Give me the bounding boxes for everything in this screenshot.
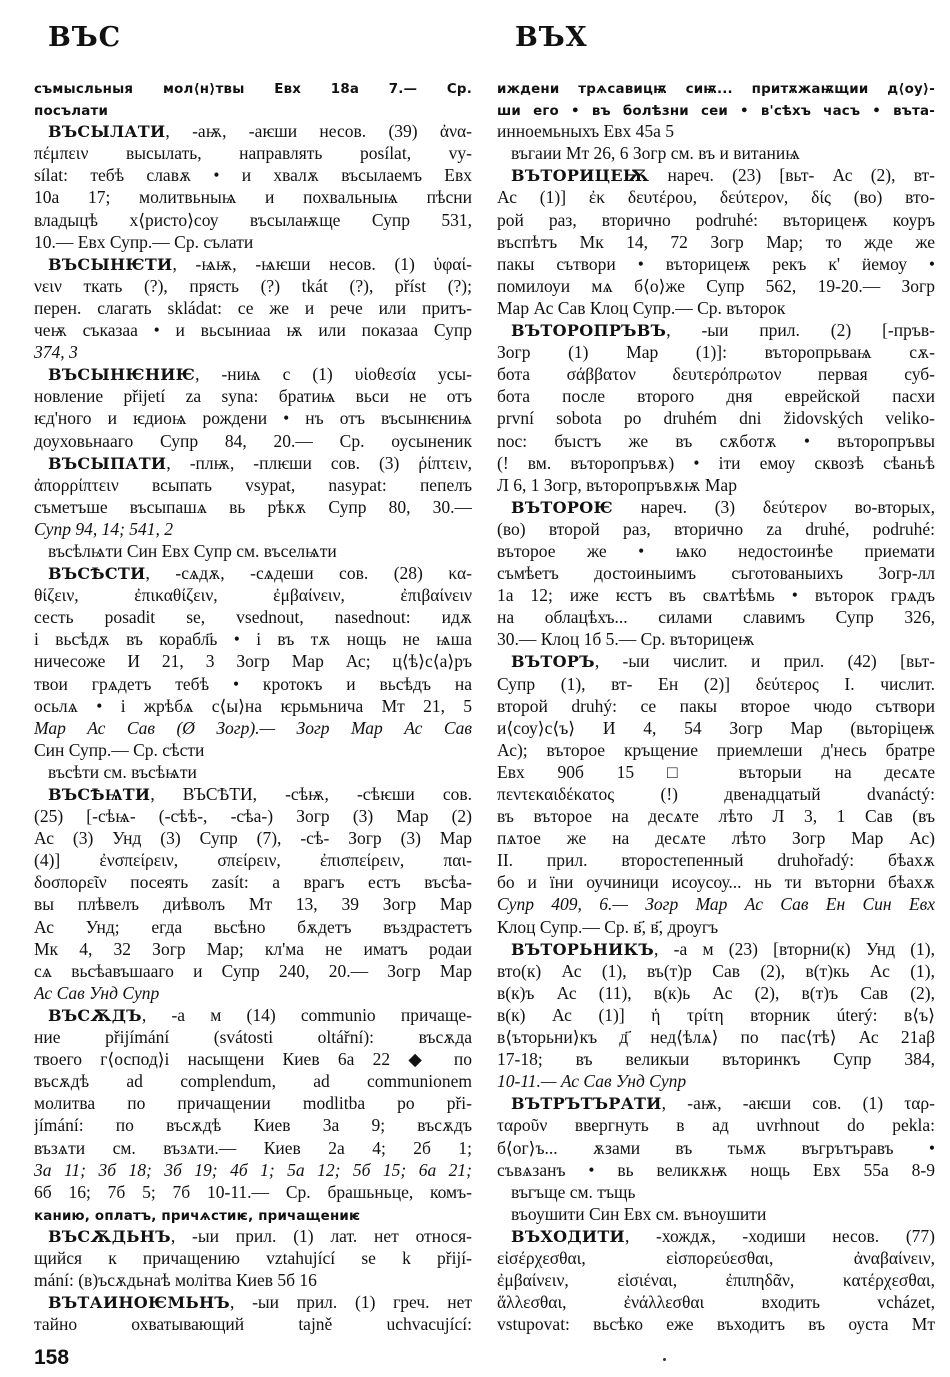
entry-body-text: ничесоже И 21, 3 Зогр Мар Ас; ц⟨ѣ⟩с⟨а⟩ръ xyxy=(34,651,472,671)
entry-text-line: 1а 12; иже ѥстъ въ свѧтѣѣмь • въторок гр… xyxy=(497,584,935,606)
entry-body-text: і вьсѣдѫ въ корабл҃ь • і въ тѫ нощь не ѩ… xyxy=(34,629,472,649)
entry-body-text: твои грѧдетъ тебѣ • кротокъ и вьсѣдъ на xyxy=(34,674,472,694)
entry-body-text: съвѧзанъ • вь великѫѭ нощь Евх 55а 8-9 xyxy=(497,1160,935,1180)
entry-body-text: въоушити Син Евх см. въноушити xyxy=(511,1204,766,1224)
entry-headword-line: ВЪСЫНѤНИѤ, -ниѩ с (1) υἱοθεσία усы- xyxy=(34,363,472,385)
entry-text-line: πέμπειν высылать, направлять posílat, vy… xyxy=(34,142,472,164)
entry-text-line: Ас (3) Унд (3) Супр (7), -сѣ- Зогр (3) М… xyxy=(34,827,472,849)
entry-body-text: рой раз, вторично podruhé: въторицеѭ коу… xyxy=(497,210,935,230)
entry-text-line: въсѫдѣ ad complendum, ad communionem xyxy=(34,1070,472,1092)
entry-body-text: , -аѭ, -аѥши несов. (39) ἀνα- xyxy=(165,121,472,141)
entry-text-line: бота σάββατον δευτερόπρωτον первая суб- xyxy=(497,363,935,385)
entry-text-line: první sobota po druhém dni židovských ve… xyxy=(497,407,935,429)
entry-body-text: въсѫдѣ ad complendum, ad communionem xyxy=(34,1071,472,1091)
entry-text-line: θίζειν, ἐπικαθίζειν, ἐμβαίνειν, ἐπιβαίνε… xyxy=(34,584,472,606)
entry-body-text: sílat: тебѣ славѫ • и хвалѫ въсылаемъ Ев… xyxy=(34,165,472,185)
entry-body-text: инноемьныхъ Евх 45а 5 xyxy=(497,121,674,141)
entry-text-line: Супр (1), вт- Ен (2)] δεύτερος I. числит… xyxy=(497,673,935,695)
entry-body-text: въ въторое на десѧте лѣто Л 3, 1 Сав (въ xyxy=(497,806,935,826)
entry-body-text: ταροῦν ввергнуть в ад uvrhnout do pekla: xyxy=(497,1115,935,1135)
entry-text-line: Мк 4, 32 Зогр Мар; кл'ма не иматъ родаи xyxy=(34,938,472,960)
entry-headword-line: ВЪТОРОПРЪВЪ, -ыи прил. (2) [-пръв- xyxy=(497,319,935,341)
entry-text-line: і вьсѣдѫ въ корабл҃ь • і въ тѫ нощь не ѩ… xyxy=(34,628,472,650)
entry-text-line: съмысльныя мол⟨н⟩твы Евх 18а 7.— Ср. xyxy=(34,76,472,98)
entry-body-text: щийся к причащению vztahující se k přijí… xyxy=(34,1248,472,1268)
entry-text-line: noc: бъıстъ же въ сѫботѫ • въторопръвы xyxy=(497,430,935,452)
entry-text-line: ἅλλεσθαι, ἐνάλλεσθαι входить vcházet, xyxy=(497,1291,935,1313)
entry-text-line: въсѣти см. въсѣѩти xyxy=(34,761,472,783)
headword: ВЪСЫНѤТИ xyxy=(48,255,172,274)
entry-text-line: съвѧзанъ • вь великѫѭ нощь Евх 55а 8-9 xyxy=(497,1159,935,1181)
entry-body-text: доуховьнааго Супр 84, 20.— Ср. оусыненик xyxy=(34,431,472,451)
entry-text-line: Евх 90б 15 □ въторыи на десѧте xyxy=(497,761,935,783)
entry-body-text: канию, оплатъ, причѧстиѥ, причащениѥ xyxy=(34,1209,360,1224)
entry-body-text: (4)] ἐνσπείρειν, σπείρειν, ἐπισπείρειν, … xyxy=(34,850,472,870)
entry-text-line: Супр 409, 6.— Зогр Мар Ас Сав Ен Син Евх xyxy=(497,893,935,915)
entry-text-line: 10.— Евх Супр.— Ср. сълати xyxy=(34,231,472,253)
entry-text-line: посълати xyxy=(34,98,472,120)
entry-body-text: 10-11.— Ас Сав Унд Супр xyxy=(497,1071,686,1091)
entry-headword-line: ВЪСѢСТИ, -сѧдѫ, -сѧдеши сов. (28) κα- xyxy=(34,562,472,584)
entry-body-text: , -а м (14) communio причаще- xyxy=(142,1005,472,1025)
entry-text-line: инноемьныхъ Евх 45а 5 xyxy=(497,120,935,142)
headword: ВЪХОДИТИ xyxy=(511,1227,625,1246)
entry-body-text: и⟨соу⟩с⟨ъ⟩ И 4, 54 Зогр Мар (вьторіцеѭ xyxy=(497,718,935,738)
entry-body-text: бота σάββατον δευτερόπρωτον первая суб- xyxy=(497,364,935,384)
entry-text-line: и⟨соу⟩с⟨ъ⟩ И 4, 54 Зогр Мар (вьторіцеѭ xyxy=(497,717,935,739)
entry-text-line: въ въторое на десѧте лѣто Л 3, 1 Сав (въ xyxy=(497,805,935,827)
entry-body-text: ἀπορρίπτειν всыпать vsypat, nasypat: пеп… xyxy=(34,475,472,495)
entry-body-text: възѧти см. възѧти.— Киев 2а 4; 2б 1; xyxy=(34,1138,472,1158)
entry-text-line: (25) [-сѣѩ- (-сѣѣ-, -сѣа-) Зогр (3) Мар … xyxy=(34,805,472,827)
entry-text-line: вто(к) Ас (1), въ(т)р Сав (2), в(т)кь Ас… xyxy=(497,960,935,982)
entry-text-line: Супр 94, 14; 541, 2 xyxy=(34,518,472,540)
entry-text-line: Зогр (1) Мар (1)]: въторопрьваѩ сѫ- xyxy=(497,341,935,363)
entry-text-line: молитва по причащении modlitba po při- xyxy=(34,1092,472,1114)
entry-text-line: εἰσέρχεσθαι, εἰσπορεύεσθαι, ἀναβαίνειν, xyxy=(497,1247,935,1269)
entry-text-line: осьлѧ • і жрѣбѧ с⟨ы⟩на ѥрьмьнича Мт 21, … xyxy=(34,695,472,717)
entry-text-line: сесть posadit se, vsednout, nasednout: и… xyxy=(34,606,472,628)
entry-text-line: възѧти см. възѧти.— Киев 2а 4; 2б 1; xyxy=(34,1137,472,1159)
entry-text-line: ние přijímání (svátosti oltářní): въсѫда xyxy=(34,1026,472,1048)
entry-text-line: второй druhý: се пакы второе чюдо сътвор… xyxy=(497,695,935,717)
entry-body-text: въсѣти см. въсѣѩти xyxy=(48,762,197,782)
entry-body-text: Ас (3) Унд (3) Супр (7), -сѣ- Зогр (3) М… xyxy=(34,828,472,848)
entry-body-text: 6б 16; 7б 5; 7б 10-11.— Ср. брашьньце, к… xyxy=(34,1182,472,1202)
entry-body-text: сесть posadit se, vsednout, nasednout: и… xyxy=(34,607,472,627)
entry-text-line: вы плѣвелъ диѣволъ Мт 13, 39 Зогр Мар xyxy=(34,893,472,915)
entry-text-line: въоушити Син Евх см. въноушити xyxy=(497,1203,935,1225)
print-speck xyxy=(663,1358,666,1361)
headword: ВЪТРЪТЪРАТИ xyxy=(511,1094,662,1113)
entry-body-text: съмысльныя мол⟨н⟩твы Евх 18а 7.— Ср. xyxy=(34,82,472,97)
entry-body-text: první sobota po druhém dni židovských ve… xyxy=(497,408,935,428)
entry-body-text: , -ниѩ с (1) υἱοθεσία усы- xyxy=(195,364,472,384)
entry-text-line: Син Супр.— Ср. сѣсти xyxy=(34,739,472,761)
entry-body-text: 3а 11; 3б 18; 3б 19; 4б 1; 5а 12; 5б 15;… xyxy=(34,1160,472,1180)
headword: ВЪСѢѨТИ xyxy=(48,785,150,804)
entry-body-text: Супр 94, 14; 541, 2 xyxy=(34,519,173,539)
entry-body-text: в⟨ъторьни⟩къ д҃ нед⟨ѣлѧ⟩ по пас⟨тѣ⟩ Ас 2… xyxy=(497,1027,935,1047)
entry-body-text: иждени трѧсавицѭ сиѭ... притѫжаѭщии д⟨оу… xyxy=(497,82,935,97)
entry-body-text: ние přijímání (svátosti oltářní): въсѫда xyxy=(34,1027,472,1047)
entry-body-text: Клоц Супр.— Ср. в҃, в҃, дроугъ xyxy=(497,917,718,937)
entry-text-line: тайно охватывающий tajně uchvacující: xyxy=(34,1313,472,1335)
entry-body-text: на облацѣхъ... силами славимъ Супр 326, xyxy=(497,607,935,627)
entry-text-line: (4)] ἐνσπείρειν, σπείρειν, ἐπισπείρειν, … xyxy=(34,849,472,871)
entry-body-text: Мар Ас Сав Клоц Супр.— Ср. въторок xyxy=(497,298,785,318)
entry-body-text: въгаии Мт 26, 6 Зогр см. въ и витаниѩ xyxy=(511,143,800,163)
entry-headword-line: ВЪСЫНѤТИ, -ѩѭ, -ѩѥши несов. (1) ὑφαί- xyxy=(34,253,472,275)
entry-text-line: Л 6, 1 Зогр, въторопръвѫѭ Мар xyxy=(497,474,935,496)
entry-body-text: в(к) Ас (1)] ἡ τρίτη вторник úterý: в⟨ъ⟩ xyxy=(497,1005,935,1025)
entry-body-text: 17-18; въ великыи въторинкъ Супр 384, xyxy=(497,1049,935,1069)
entry-body-text: , ВЪСѢТИ, -сѣѭ, -сѣѥши сов. xyxy=(150,784,472,804)
entry-body-text: въспѣтъ Мк 14, 72 Зогр Мар; то жде же xyxy=(497,232,935,252)
entry-body-text: чеѭ съказаа • и вьсыниаа ѭ или показаа С… xyxy=(34,320,472,340)
entry-body-text: , -аѭ, -аѥши сов. (1) ταρ- xyxy=(662,1093,935,1113)
headword: ВЪСЫПАТИ xyxy=(48,454,166,473)
entry-text-line: ѥд'ного и ѥдиоѩ рождени • нъ отъ въсынѥн… xyxy=(34,407,472,429)
entry-body-text: ши его • въ болѣзни сеи • в'сѣхъ часъ • … xyxy=(497,104,935,119)
entry-body-text: пѧтое же на десѧте лѣто Зогр Мар Ас) xyxy=(497,828,935,848)
entry-body-text: нареч. (23) [вьт- Ас (2), вт- xyxy=(649,165,935,185)
entry-headword-line: ВЪТОРЪ, -ыи числит. и прил. (42) [вьт- xyxy=(497,650,935,672)
entry-headword-line: ВЪСѪДЬНЪ, -ыи прил. (1) лат. нет относя- xyxy=(34,1225,472,1247)
entry-body-text: 10.— Евх Супр.— Ср. сълати xyxy=(34,232,253,252)
headword: ВЪТОРЬНИКЪ xyxy=(511,940,654,959)
entry-body-text: , -плѭ, -плѥши сов. (3) ῥίπτειν, xyxy=(166,453,472,473)
entry-body-text: въгъще см. тъщь xyxy=(511,1182,635,1202)
entry-text-line: въспѣтъ Мк 14, 72 Зогр Мар; то жде же xyxy=(497,231,935,253)
entry-body-text: , -ыи прил. (2) [-пръв- xyxy=(666,320,935,340)
entry-text-line: Ас Сав Унд Супр xyxy=(34,982,472,1004)
entry-body-text: вы плѣвелъ диѣволъ Мт 13, 39 Зогр Мар xyxy=(34,894,472,914)
headword: ВЪСѪДЪ xyxy=(48,1006,142,1025)
entry-text-line: въгаии Мт 26, 6 Зогр см. въ и витаниѩ xyxy=(497,142,935,164)
entry-headword-line: ВЪТОРОѤ нареч. (3) δεύτερον во-вторых, xyxy=(497,496,935,518)
headword: ВЪСЫНѤНИѤ xyxy=(48,365,195,384)
entry-body-text: Мар Ас Сав (Ø Зогр).— Зогр Мар Ас Сав xyxy=(34,718,472,738)
entry-headword-line: ВЪТРЪТЪРАТИ, -аѭ, -аѥши сов. (1) ταρ- xyxy=(497,1092,935,1114)
entry-body-text: Евх 90б 15 □ въторыи на десѧте xyxy=(497,762,935,782)
entry-headword-line: ВЪСѪДЪ, -а м (14) communio причаще- xyxy=(34,1004,472,1026)
entry-text-line: бо и їни оучиници исоусоу... нь ти вътор… xyxy=(497,871,935,893)
entry-text-line: твоего г⟨оспод⟩і насыщени Киев 6а 22 ◆ п… xyxy=(34,1048,472,1070)
entry-text-line: съмѣетъ достоиныимъ съготованыихъ Зогр-л… xyxy=(497,562,935,584)
entry-body-text: 374, 3 xyxy=(34,342,78,362)
entry-text-line: 6б 16; 7б 5; 7б 10-11.— Ср. брашьньце, к… xyxy=(34,1181,472,1203)
entry-headword-line: ВЪСЫПАТИ, -плѭ, -плѥши сов. (3) ῥίπτειν, xyxy=(34,452,472,474)
entry-body-text: , -сѧдѫ, -сѧдеши сов. (28) κα- xyxy=(146,563,472,583)
entry-body-text: θίζειν, ἐπικαθίζειν, ἐμβαίνειν, ἐπιβαίνε… xyxy=(34,585,472,605)
entry-body-text: твоего г⟨оспод⟩і насыщени Киев 6а 22 ◆ п… xyxy=(34,1049,472,1069)
entry-body-text: jímání: по въсѫдѣ Киев 3а 9; въсѫдъ xyxy=(34,1115,472,1135)
entry-body-text: , -ыи прил. (1) греч. нет xyxy=(230,1292,472,1312)
headword: ВЪСѪДЬНЪ xyxy=(48,1227,171,1246)
headword: ВЪТОРОѤ xyxy=(511,498,613,517)
headword: ВЪТОРЪ xyxy=(511,652,595,671)
entry-body-text: (во) второй раз, вторично za druhé, podr… xyxy=(497,519,935,539)
entry-body-text: II. прил. второстепенный druhořadý: бѣах… xyxy=(497,850,935,870)
entry-body-text: Зогр (1) Мар (1)]: въторопрьваѩ сѫ- xyxy=(497,342,935,362)
entry-headword-line: ВЪХОДИТИ, -хождѫ, -ходиши несов. (77) xyxy=(497,1225,935,1247)
entry-text-line: ἀπορρίπτειν всыпать vsypat, nasypat: пеп… xyxy=(34,474,472,496)
left-column: съмысльныя мол⟨н⟩твы Евх 18а 7.— Ср.посъ… xyxy=(34,76,472,1335)
entry-text-line: ταροῦν ввергнуть в ад uvrhnout do pekla: xyxy=(497,1114,935,1136)
entry-body-text: Л 6, 1 Зогр, въторопръвѫѭ Мар xyxy=(497,475,737,495)
entry-body-text: Син Супр.— Ср. сѣсти xyxy=(34,740,204,760)
entry-body-text: въсѣлѩти Син Евх Супр см. въселѩти xyxy=(48,541,337,561)
entry-text-line: в⟨ъторьни⟩къ д҃ нед⟨ѣлѧ⟩ по пас⟨тѣ⟩ Ас 2… xyxy=(497,1026,935,1048)
entry-text-line: 374, 3 xyxy=(34,341,472,363)
entry-text-line: ши его • въ болѣзни сеи • в'сѣхъ часъ • … xyxy=(497,98,935,120)
entry-body-text: , -ѩѭ, -ѩѥши несов. (1) ὑφαί- xyxy=(172,254,472,274)
entry-body-text: πέμπειν высылать, направлять posílat, vy… xyxy=(34,143,472,163)
entry-text-line: ἐμβαίνειν, εἰσιέναι, ἐπιπηδᾶν, κατέρχεσθ… xyxy=(497,1269,935,1291)
entry-text-line: новление přijetí za syna: братиѩ вьси не… xyxy=(34,385,472,407)
entry-headword-line: ВЪСЫЛАТИ, -аѭ, -аѥши несов. (39) ἀνα- xyxy=(34,120,472,142)
right-column: иждени трѧсавицѭ сиѭ... притѫжаѭщии д⟨оу… xyxy=(497,76,935,1335)
entry-body-text: Супр 409, 6.— Зогр Мар Ас Сав Ен Син Евх xyxy=(497,894,935,914)
headword: ВЪСЫЛАТИ xyxy=(48,122,165,141)
entry-body-text: Мк 4, 32 Зогр Мар; кл'ма не иматъ родаи xyxy=(34,939,472,959)
entry-text-line: 3а 11; 3б 18; 3б 19; 4б 1; 5а 12; 5б 15;… xyxy=(34,1159,472,1181)
entry-text-line: помилоуи мѧ б⟨о⟩же Супр 562, 19-20.— Зог… xyxy=(497,275,935,297)
entry-text-line: 17-18; въ великыи въторинкъ Супр 384, xyxy=(497,1048,935,1070)
entry-text-line: Мар Ас Сав Клоц Супр.— Ср. въторок xyxy=(497,297,935,319)
entry-text-line: въгъще см. тъщь xyxy=(497,1181,935,1203)
entry-text-line: щийся к причащению vztahující se k přijí… xyxy=(34,1247,472,1269)
entry-body-text: νειν ткать (?), прясть (?) tkát (?), pří… xyxy=(34,276,472,296)
entry-text-line: jímání: по въсѫдѣ Киев 3а 9; въсѫдъ xyxy=(34,1114,472,1136)
entry-body-text: съмѣетъ достоиныимъ съготованыихъ Зогр-л… xyxy=(497,563,935,583)
entry-body-text: mání: (в)ъсѫдьнаѣ молітва Киев 5б 16 xyxy=(34,1270,317,1290)
entry-body-text: помилоуи мѧ б⟨о⟩же Супр 562, 19-20.— Зог… xyxy=(497,276,935,296)
entry-headword-line: ВЪТАИНОѤМЬНЪ, -ыи прил. (1) греч. нет xyxy=(34,1291,472,1313)
entry-text-line: ничесоже И 21, 3 Зогр Мар Ас; ц⟨ѣ⟩с⟨а⟩ръ xyxy=(34,650,472,672)
entry-text-line: канию, оплатъ, причѧстиѥ, причащениѥ xyxy=(34,1203,472,1225)
entry-text-line: пакы сътвори • въторицеѭ рекъ к' ӥемоу • xyxy=(497,253,935,275)
entry-headword-line: ВЪТОРИЦЕѬ нареч. (23) [вьт- Ас (2), вт- xyxy=(497,164,935,186)
entry-body-text: вто(к) Ас (1), въ(т)р Сав (2), в(т)кь Ас… xyxy=(497,961,935,981)
entry-text-line: перен. слагать skládat: се же и рече или… xyxy=(34,297,472,319)
entry-text-line: Ас Унд; егда вьсѣно бѫдетъ въздрастетъ xyxy=(34,916,472,938)
entry-text-line: Ас (1)] ἐκ δευτέρου, δεύτερον, δίς (во) … xyxy=(497,186,935,208)
entry-body-text: новление přijetí za syna: братиѩ вьси не… xyxy=(34,386,472,406)
entry-text-line: Клоц Супр.— Ср. в҃, в҃, дроугъ xyxy=(497,916,935,938)
entry-text-line: сѧ вьсѣавъшааго и Супр 240, 20.— Зогр Ма… xyxy=(34,960,472,982)
entry-text-line: Мар Ас Сав (Ø Зогр).— Зогр Мар Ас Сав xyxy=(34,717,472,739)
entry-text-line: Ас); въторое кръщение приемлеши д'несь б… xyxy=(497,739,935,761)
entry-body-text: 10а 17; молитвьныѩ и похвальныѩ пѣсни xyxy=(34,187,472,207)
entry-body-text: , -хождѫ, -ходиши несов. (77) xyxy=(625,1226,935,1246)
entry-body-text: тайно охватывающий tajně uchvacující: xyxy=(34,1314,472,1334)
entry-text-line: vstupovat: вьсѣко еже въходитъ въ оуста … xyxy=(497,1313,935,1335)
entry-body-text: ѥд'ного и ѥдиоѩ рождени • нъ отъ въсынѥн… xyxy=(34,408,472,428)
running-header-left: ВЪС xyxy=(48,22,121,53)
entry-text-line: 10а 17; молитвьныѩ и похвальныѩ пѣсни xyxy=(34,186,472,208)
entry-text-line: въторое же • ѩко недостоинѣе приемати xyxy=(497,540,935,562)
entry-text-line: на облацѣхъ... силами славимъ Супр 326, xyxy=(497,606,935,628)
entry-text-line: δοσπορεῖν посеять zasít: а врагъ естъ въ… xyxy=(34,871,472,893)
entry-body-text: δοσπορεῖν посеять zasít: а врагъ естъ въ… xyxy=(34,872,472,892)
entry-body-text: б⟨ог⟩ъ... ѫзами въ тьмѫ въгрътъравъ • xyxy=(497,1138,935,1158)
entry-body-text: (! вм. въторопръвѫ) • іти емоу сквозѣ сѣ… xyxy=(497,453,935,473)
entry-body-text: съметъше въсыпашѧ вь рѣкѫ Супр 80, 30.— xyxy=(34,497,472,517)
entry-text-line: πεντεκαιδέκατος (!) двенадцатый dvanáctý… xyxy=(497,783,935,805)
headword: ВЪТОРОПРЪВЪ xyxy=(511,321,666,340)
entry-text-line: доуховьнааго Супр 84, 20.— Ср. оусыненик xyxy=(34,430,472,452)
entry-body-text: Ас (1)] ἐκ δευτέρου, δεύτερον, δίς (во) … xyxy=(497,187,935,207)
entry-body-text: Ас Унд; егда вьсѣно бѫдетъ въздрастетъ xyxy=(34,917,472,937)
entry-text-line: в(к) Ас (1)] ἡ τρίτη вторник úterý: в⟨ъ⟩ xyxy=(497,1004,935,1026)
headword: ВЪТОРИЦЕѬ xyxy=(511,166,649,185)
entry-body-text: бо и їни оучиници исоусоу... нь ти вътор… xyxy=(497,872,935,892)
entry-body-text: 30.— Клоц 1б 5.— Ср. въторицеѭ xyxy=(497,629,755,649)
entry-body-text: второй druhý: се пакы второе чюдо сътвор… xyxy=(497,696,935,716)
entry-body-text: владыцѣ х⟨ристо⟩соу въсылаѭще Супр 531, xyxy=(34,210,472,230)
entry-text-line: 10-11.— Ас Сав Унд Супр xyxy=(497,1070,935,1092)
entry-text-line: II. прил. второстепенный druhořadý: бѣах… xyxy=(497,849,935,871)
entry-body-text: ἐμβαίνειν, εἰσιέναι, ἐπιπηδᾶν, κατέρχεσθ… xyxy=(497,1270,935,1290)
entry-body-text: нареч. (3) δεύτερον во-вторых, xyxy=(613,497,935,517)
entry-text-line: въсѣлѩти Син Евх Супр см. въселѩти xyxy=(34,540,472,562)
entry-body-text: перен. слагать skládat: се же и рече или… xyxy=(34,298,472,318)
entry-text-line: владыцѣ х⟨ристо⟩соу въсылаѭще Супр 531, xyxy=(34,209,472,231)
running-header-right: ВЪХ xyxy=(515,22,588,53)
entry-body-text: , -ыи прил. (1) лат. нет относя- xyxy=(171,1226,472,1246)
entry-text-line: mání: (в)ъсѫдьнаѣ молітва Киев 5б 16 xyxy=(34,1269,472,1291)
headword: ВЪСѢСТИ xyxy=(48,564,146,583)
entry-body-text: в(к)ъ Ас (11), в(к)ь Ас (2), в(т)ъ Сав (… xyxy=(497,983,935,1003)
entry-headword-line: ВЪСѢѨТИ, ВЪСѢТИ, -сѣѭ, -сѣѥши сов. xyxy=(34,783,472,805)
entry-text-line: (! вм. въторопръвѫ) • іти емоу сквозѣ сѣ… xyxy=(497,452,935,474)
entry-body-text: посълати xyxy=(34,104,108,119)
entry-body-text: сѧ вьсѣавъшааго и Супр 240, 20.— Зогр Ма… xyxy=(34,961,472,981)
entry-text-line: рой раз, вторично podruhé: въторицеѭ коу… xyxy=(497,209,935,231)
entry-body-text: Ас Сав Унд Супр xyxy=(34,983,159,1003)
entry-body-text: Ас); въторое кръщение приемлеши д'несь б… xyxy=(497,740,935,760)
entry-body-text: бота после второго дня еврейской пасхи xyxy=(497,386,935,406)
entry-body-text: въторое же • ѩко недостоинѣе приемати xyxy=(497,541,935,561)
entry-body-text: Супр (1), вт- Ен (2)] δεύτερος I. числит… xyxy=(497,674,935,694)
entry-body-text: (25) [-сѣѩ- (-сѣѣ-, -сѣа-) Зогр (3) Мар … xyxy=(34,806,472,826)
entry-text-line: пѧтое же на десѧте лѣто Зогр Мар Ас) xyxy=(497,827,935,849)
entry-body-text: , -ыи числит. и прил. (42) [вьт- xyxy=(595,651,935,671)
entry-text-line: sílat: тебѣ славѫ • и хвалѫ въсылаемъ Ев… xyxy=(34,164,472,186)
entry-text-line: твои грѧдетъ тебѣ • кротокъ и вьсѣдъ на xyxy=(34,673,472,695)
page-number: 158 xyxy=(34,1346,69,1370)
entry-body-text: πεντεκαιδέκατος (!) двенадцатый dvanáctý… xyxy=(497,784,935,804)
entry-text-line: в(к)ъ Ас (11), в(к)ь Ас (2), в(т)ъ Сав (… xyxy=(497,982,935,1004)
entry-body-text: , -а м (23) [вторни(к) Унд (1), xyxy=(654,939,935,959)
entry-text-line: (во) второй раз, вторично za druhé, podr… xyxy=(497,518,935,540)
entry-text-line: бота после второго дня еврейской пасхи xyxy=(497,385,935,407)
entry-text-line: 30.— Клоц 1б 5.— Ср. въторицеѭ xyxy=(497,628,935,650)
entry-text-line: νειν ткать (?), прясть (?) tkát (?), pří… xyxy=(34,275,472,297)
headword: ВЪТАИНОѤМЬНЪ xyxy=(48,1293,230,1312)
entry-body-text: пакы сътвори • въторицеѭ рекъ к' ӥемоу • xyxy=(497,254,935,274)
entry-text-line: иждени трѧсавицѭ сиѭ... притѫжаѭщии д⟨оу… xyxy=(497,76,935,98)
entry-body-text: осьлѧ • і жрѣбѧ с⟨ы⟩на ѥрьмьнича Мт 21, … xyxy=(34,696,472,716)
entry-body-text: 1а 12; иже ѥстъ въ свѧтѣѣмь • въторок гр… xyxy=(497,585,935,605)
entry-text-line: б⟨ог⟩ъ... ѫзами въ тьмѫ въгрътъравъ • xyxy=(497,1137,935,1159)
entry-text-line: чеѭ съказаа • и вьсыниаа ѭ или показаа С… xyxy=(34,319,472,341)
entry-body-text: vstupovat: вьсѣко еже въходитъ въ оуста … xyxy=(497,1314,935,1334)
entry-body-text: εἰσέρχεσθαι, εἰσπορεύεσθαι, ἀναβαίνειν, xyxy=(497,1248,935,1268)
entry-body-text: ἅλλεσθαι, ἐνάλλεσθαι входить vcházet, xyxy=(497,1292,935,1312)
entry-body-text: молитва по причащении modlitba po při- xyxy=(34,1093,472,1113)
entry-text-line: съметъше въсыпашѧ вь рѣкѫ Супр 80, 30.— xyxy=(34,496,472,518)
entry-body-text: noc: бъıстъ же въ сѫботѫ • въторопръвы xyxy=(497,431,935,451)
entry-headword-line: ВЪТОРЬНИКЪ, -а м (23) [вторни(к) Унд (1)… xyxy=(497,938,935,960)
